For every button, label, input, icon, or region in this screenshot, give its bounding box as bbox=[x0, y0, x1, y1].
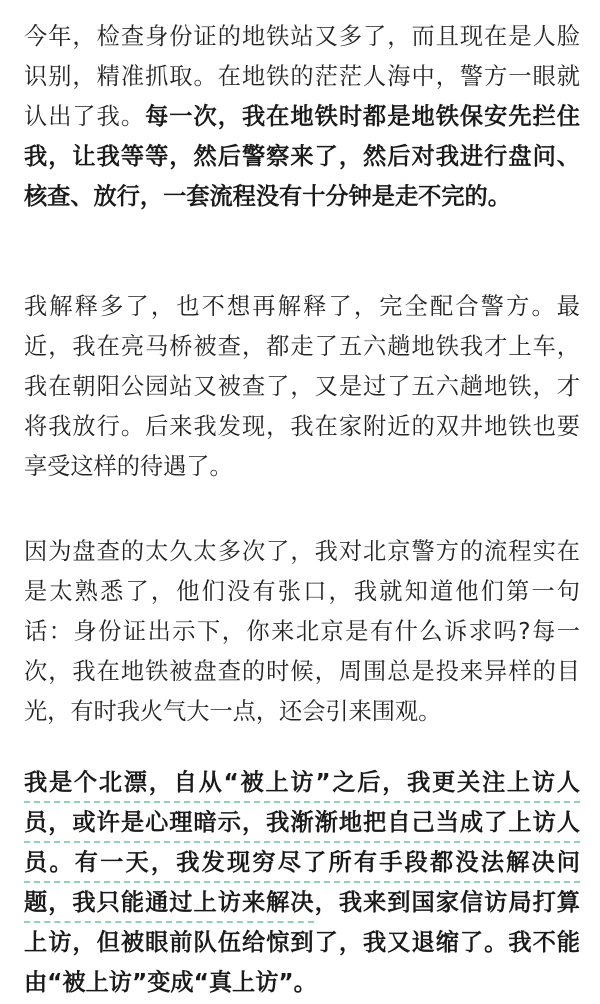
paragraph-1: 今年，检查身份证的地铁站又多了，而且现在是人脸识别，精准抓取。在地铁的茫茫人海中… bbox=[24, 17, 580, 217]
article-body: 今年，检查身份证的地铁站又多了，而且现在是人脸识别，精准抓取。在地铁的茫茫人海中… bbox=[24, 17, 580, 1003]
paragraph-4: 我是个北漂，自从“被上访”之后，我更关注上访人员，或许是心理暗示，我渐渐地把自己… bbox=[24, 763, 580, 1003]
paragraph-2-text: 我解释多了，也不想再解释了，完全配合警方。最近，我在亮马桥被查，都走了五六趟地铁… bbox=[24, 293, 580, 480]
paragraph-3: 因为盘查的太久太多次了，我对北京警方的流程实在是太熟悉了，他们没有张口，我就知道… bbox=[24, 532, 580, 732]
paragraph-3-text: 因为盘查的太久太多次了，我对北京警方的流程实在是太熟悉了，他们没有张口，我就知道… bbox=[24, 538, 580, 725]
paragraph-2: 我解释多了，也不想再解释了，完全配合警方。最近，我在亮马桥被查，都走了五六趟地铁… bbox=[24, 287, 580, 487]
